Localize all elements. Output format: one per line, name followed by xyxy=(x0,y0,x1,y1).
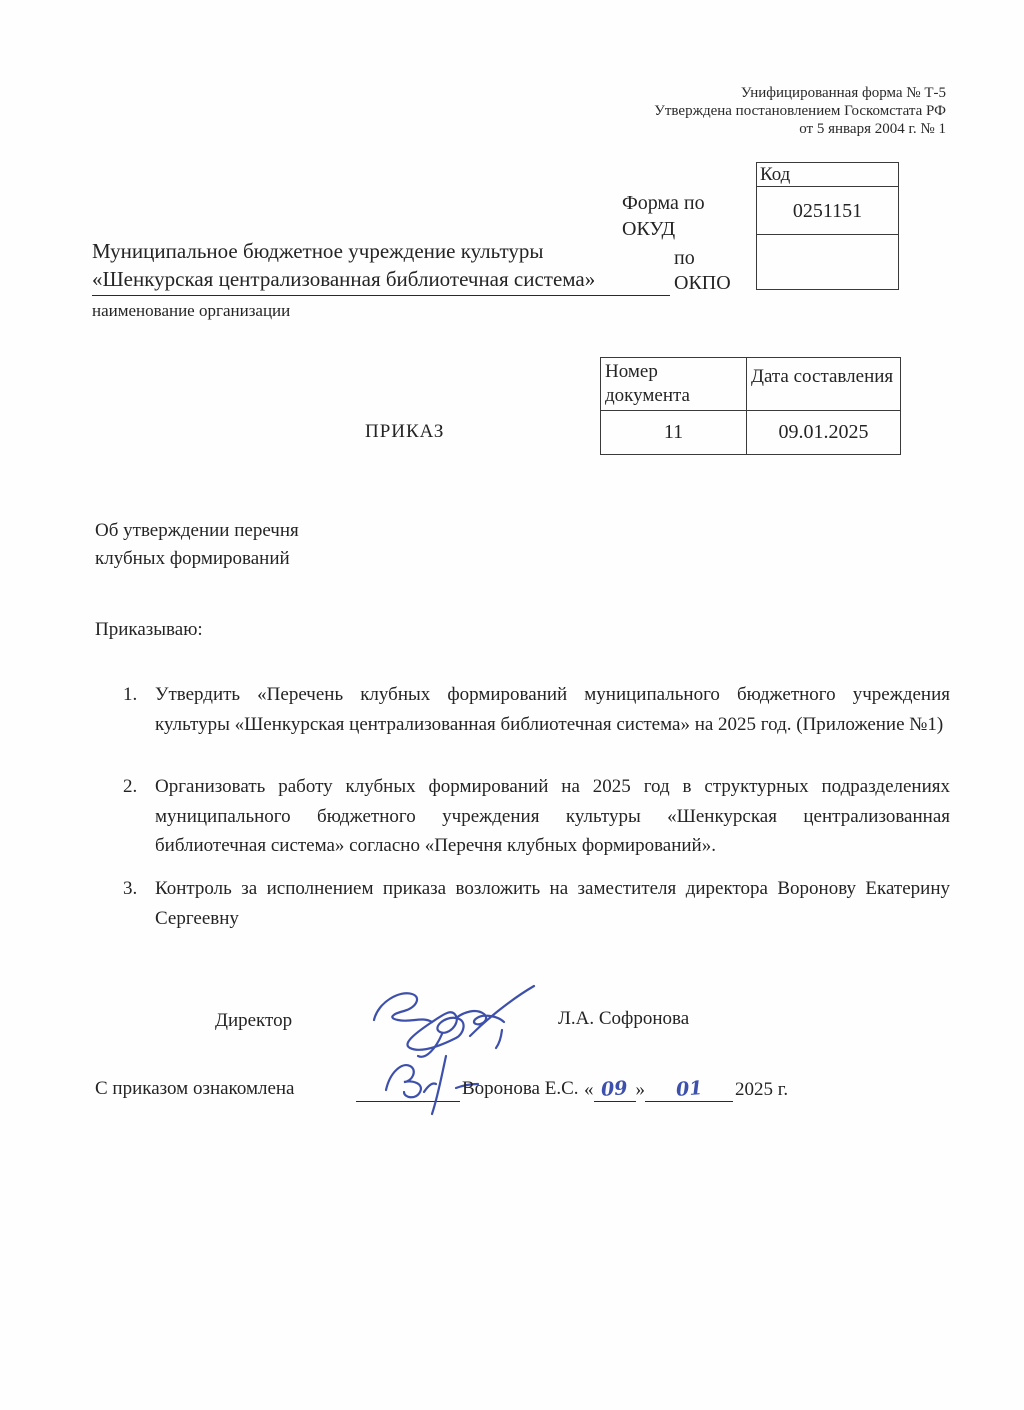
doc-date-value: 09.01.2025 xyxy=(747,411,901,455)
acknowledgement-label: С приказом ознакомлена xyxy=(95,1078,295,1100)
order-item-1-text: Утвердить «Перечень клубных формирований… xyxy=(155,680,950,739)
quote-close: » xyxy=(636,1079,646,1100)
order-item-2-number: 2. xyxy=(123,772,137,802)
order-item-3-text: Контроль за исполнением приказа возложит… xyxy=(155,874,950,933)
organization-caption: наименование организации xyxy=(92,301,290,321)
document-info-table: Номер документа Дата составления 11 09.0… xyxy=(600,357,901,455)
acknowledged-person-name: Воронова Е.С. xyxy=(462,1078,579,1100)
doc-date-header: Дата составления xyxy=(747,358,901,411)
director-name: Л.А. Софронова xyxy=(558,1008,689,1030)
form-header-line2: Утверждена постановлением Госкомстата РФ xyxy=(654,102,946,120)
acknowledgement-date: «09»012025 г. xyxy=(584,1078,788,1102)
order-item-2: 2. Организовать работу клубных формирова… xyxy=(123,772,950,861)
form-header-line1: Унифицированная форма № Т-5 xyxy=(654,84,946,102)
organization-name-line1: Муниципальное бюджетное учреждение культ… xyxy=(92,239,543,264)
okpo-code-cell xyxy=(757,235,898,289)
handwritten-day: 09 xyxy=(601,1077,629,1101)
form-header: Унифицированная форма № Т-5 Утверждена п… xyxy=(654,84,946,138)
document-title: ПРИКАЗ xyxy=(365,421,444,443)
order-word: Приказываю: xyxy=(95,619,203,641)
order-item-1-number: 1. xyxy=(123,680,137,710)
doc-number-header: Номер документа xyxy=(601,358,747,411)
handwritten-month: 01 xyxy=(675,1077,703,1101)
okpo-form-label: по ОКПО xyxy=(674,246,731,296)
document-subject: Об утверждении перечня клубных формирова… xyxy=(95,517,299,573)
order-item-1: 1. Утвердить «Перечень клубных формирова… xyxy=(123,680,950,739)
organization-name-line2: «Шенкурская централизованная библиотечна… xyxy=(92,267,670,296)
document-page: Унифицированная форма № Т-5 Утверждена п… xyxy=(0,0,1024,1410)
code-box-header: Код xyxy=(757,163,898,187)
director-role-label: Директор xyxy=(215,1010,292,1032)
doc-number-value: 11 xyxy=(601,411,747,455)
year-label: 2025 г. xyxy=(735,1079,788,1100)
okud-code-cell: 0251151 xyxy=(757,187,898,235)
order-item-3-number: 3. xyxy=(123,874,137,904)
order-item-3: 3. Контроль за исполнением приказа возло… xyxy=(123,874,950,933)
okud-form-label: Форма по ОКУД xyxy=(622,190,742,242)
code-box: Код 0251151 xyxy=(756,162,899,290)
form-header-line3: от 5 января 2004 г. № 1 xyxy=(654,120,946,138)
quote-open: « xyxy=(584,1079,594,1100)
order-item-2-text: Организовать работу клубных формирований… xyxy=(155,772,950,861)
